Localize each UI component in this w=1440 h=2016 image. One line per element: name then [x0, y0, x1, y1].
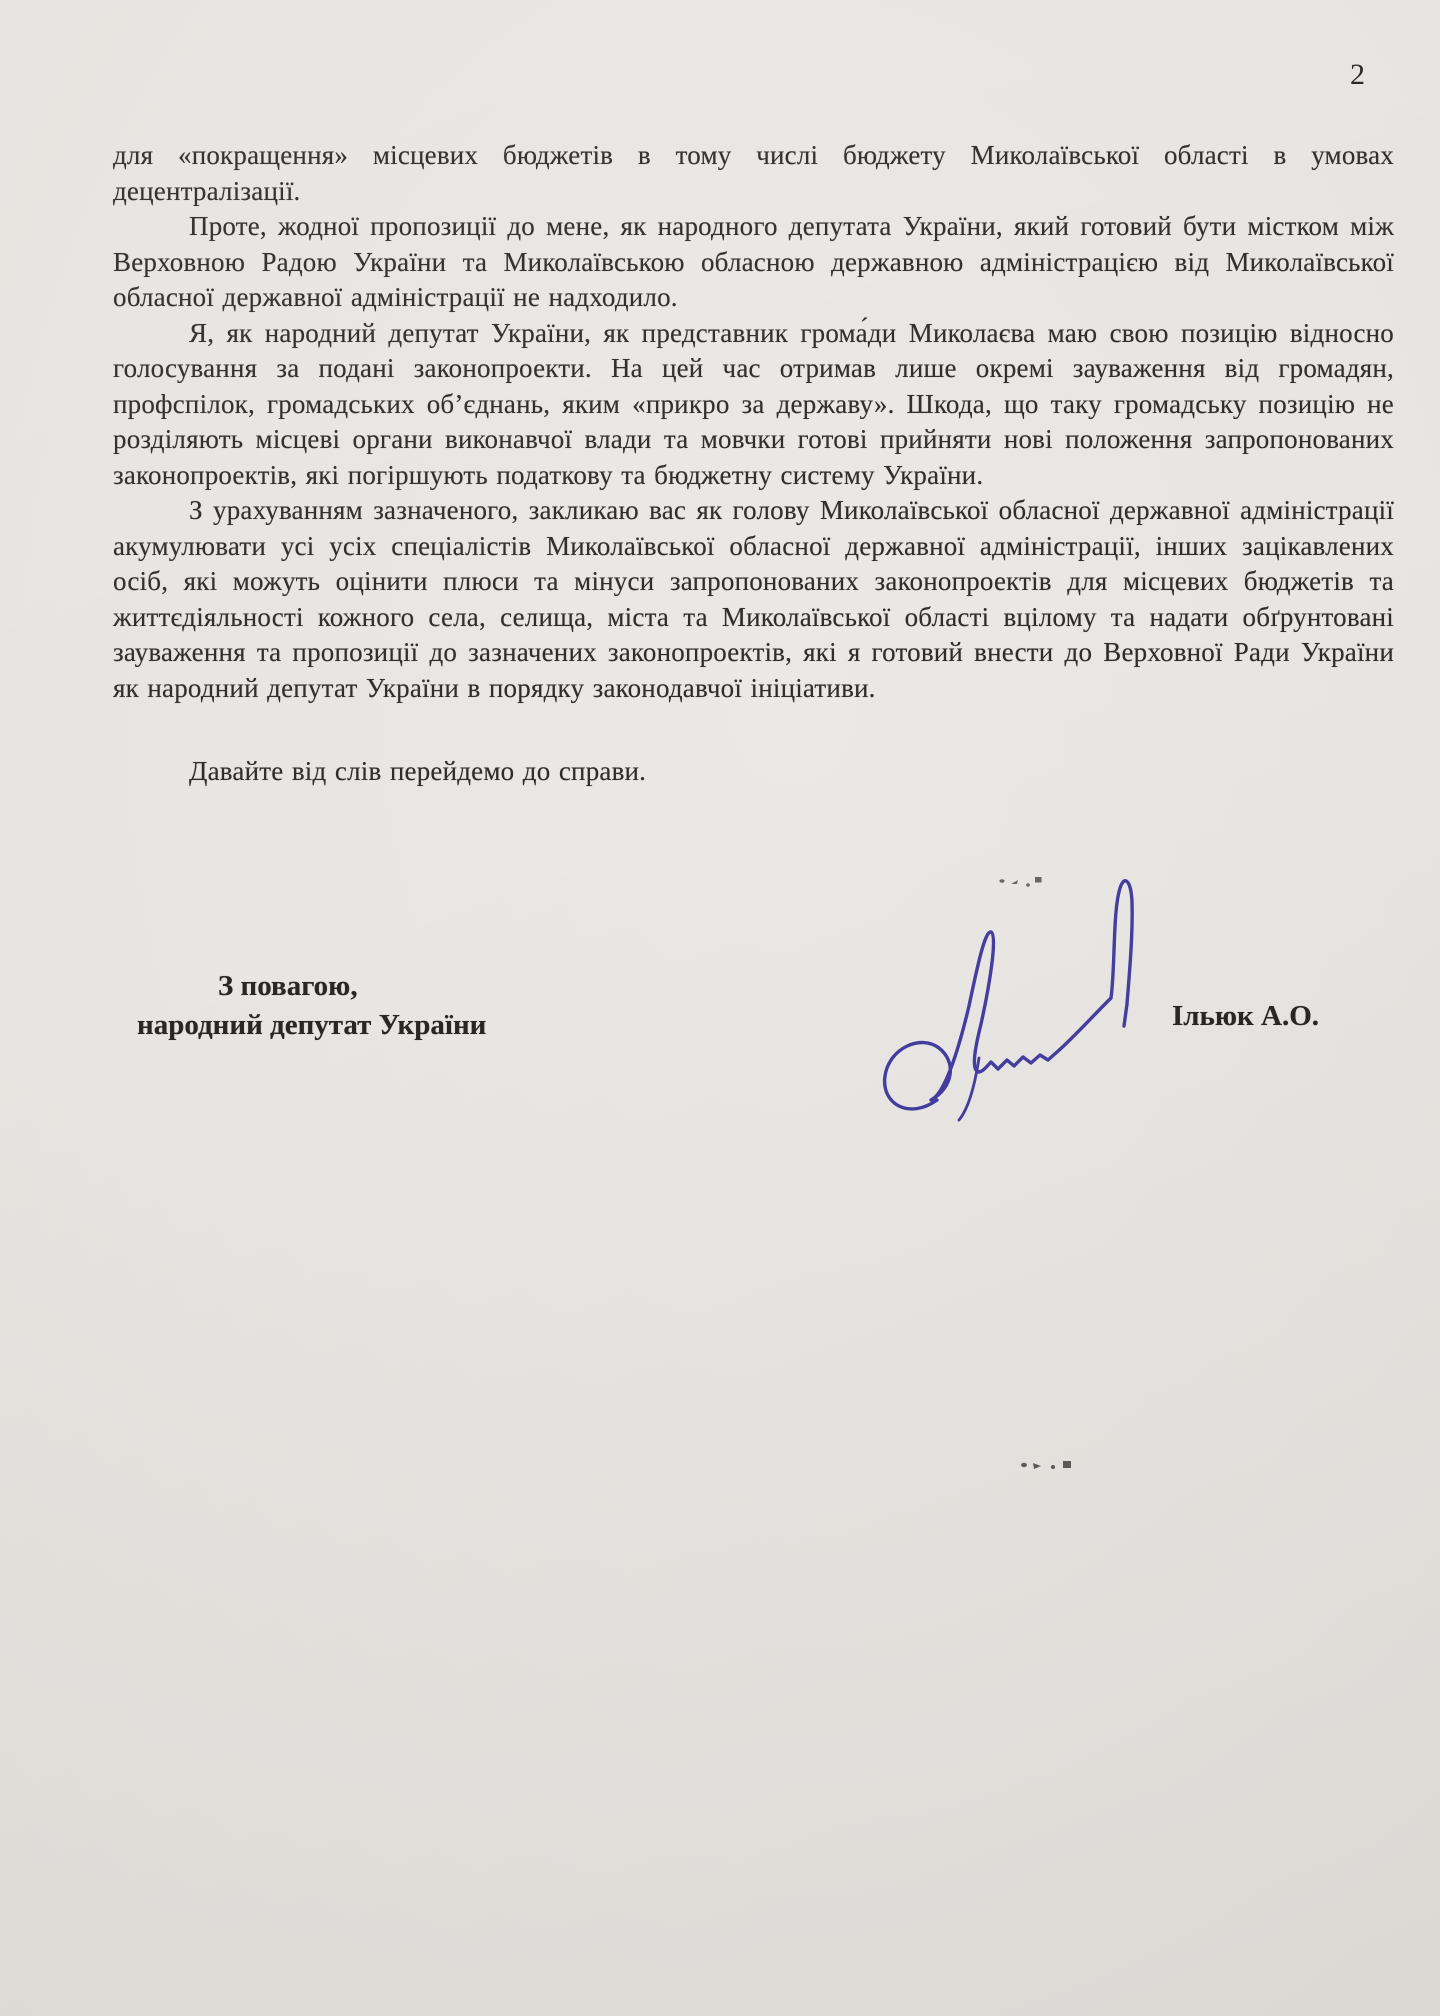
handwritten-signature-icon: [875, 858, 1165, 1138]
paragraph: З урахуванням зазначеного, закликаю вас …: [113, 493, 1394, 706]
page-number: 2: [1350, 60, 1365, 90]
closing-salutation: З повагою,: [218, 970, 358, 1003]
scanned-letter-page: 2 для «покращення» місцевих бюджетів в т…: [0, 0, 1440, 2016]
farewell-line: Давайте від слів перейдемо до справи.: [113, 754, 1394, 790]
ink-marks-icon: [1015, 1455, 1085, 1477]
letter-body: для «покращення» місцевих бюджетів в том…: [113, 138, 1394, 790]
paragraph: Проте, жодної пропозиції до мене, як нар…: [113, 209, 1394, 316]
paragraph-continuation: для «покращення» місцевих бюджетів в том…: [113, 138, 1394, 209]
closing-role: народний депутат України: [137, 1009, 486, 1042]
signatory-name: Ільюк А.О.: [1172, 1000, 1319, 1033]
ink-specks-icon: [999, 877, 1041, 887]
paragraph: Я, як народний депутат України, як предс…: [113, 316, 1394, 494]
